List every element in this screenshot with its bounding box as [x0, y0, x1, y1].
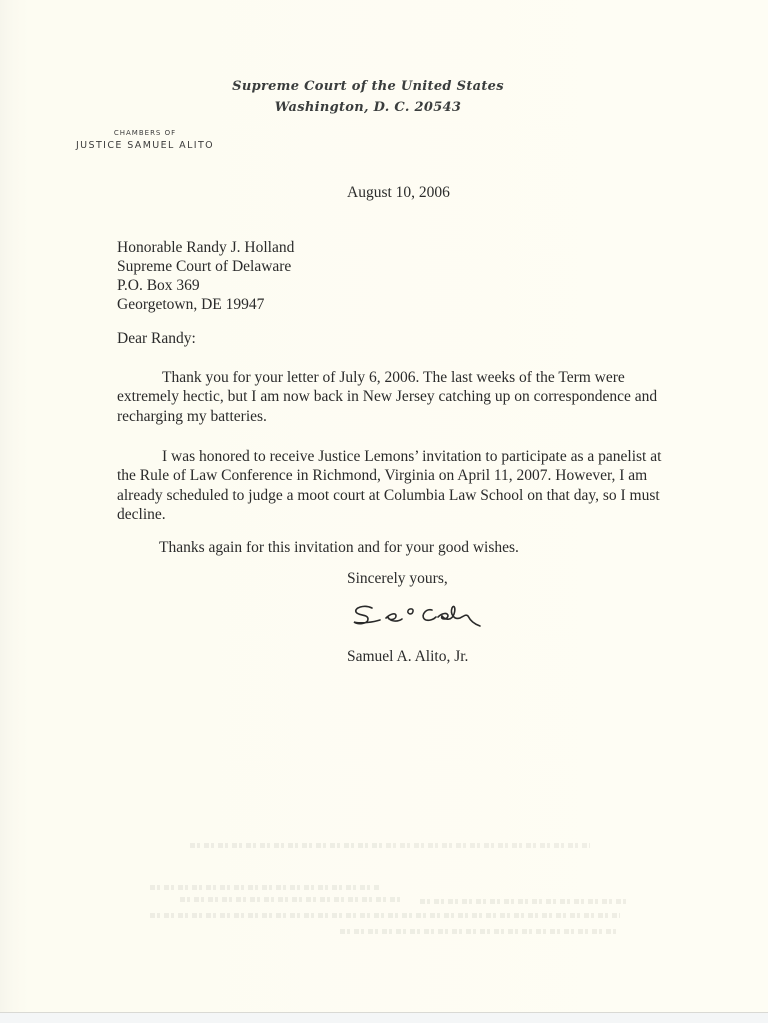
body-paragraph: Thank you for your letter of July 6, 200…	[117, 368, 677, 426]
recipient-po-box: P.O. Box 369	[117, 276, 294, 295]
recipient-organization: Supreme Court of Delaware	[117, 257, 294, 276]
recipient-city-state-zip: Georgetown, DE 19947	[117, 295, 294, 314]
body-paragraph: Thanks again for this invitation and for…	[117, 538, 677, 557]
signer-name: Samuel A. Alito, Jr.	[347, 648, 468, 666]
letterhead-court-name: Supreme Court of the United States	[232, 79, 504, 94]
page-bottom-edge	[0, 1012, 768, 1023]
body-paragraph-text: Thank you for your letter of July 6, 200…	[117, 369, 657, 425]
bleed-through-texture	[150, 835, 630, 945]
letterhead-address: Washington, D. C. 20543	[0, 97, 736, 118]
recipient-name: Honorable Randy J. Holland	[117, 238, 294, 257]
letter-date: August 10, 2006	[347, 184, 450, 202]
signature-icon	[350, 600, 510, 630]
chambers-justice-name: JUSTICE SAMUEL ALITO	[60, 139, 230, 153]
recipient-address: Honorable Randy J. Holland Supreme Court…	[117, 238, 294, 314]
closing: Sincerely yours,	[347, 570, 448, 588]
chambers-block: CHAMBERS OF JUSTICE SAMUEL ALITO	[60, 128, 230, 153]
body-paragraph-text: I was honored to receive Justice Lemons’…	[117, 448, 661, 523]
chambers-label: CHAMBERS OF	[60, 128, 230, 139]
salutation: Dear Randy:	[117, 330, 196, 348]
body-paragraph: I was honored to receive Justice Lemons’…	[117, 447, 677, 524]
body-paragraph-text: Thanks again for this invitation and for…	[159, 539, 519, 556]
letterhead: Supreme Court of the United States Washi…	[0, 76, 736, 118]
letter-page: Supreme Court of the United States Washi…	[0, 0, 768, 1012]
